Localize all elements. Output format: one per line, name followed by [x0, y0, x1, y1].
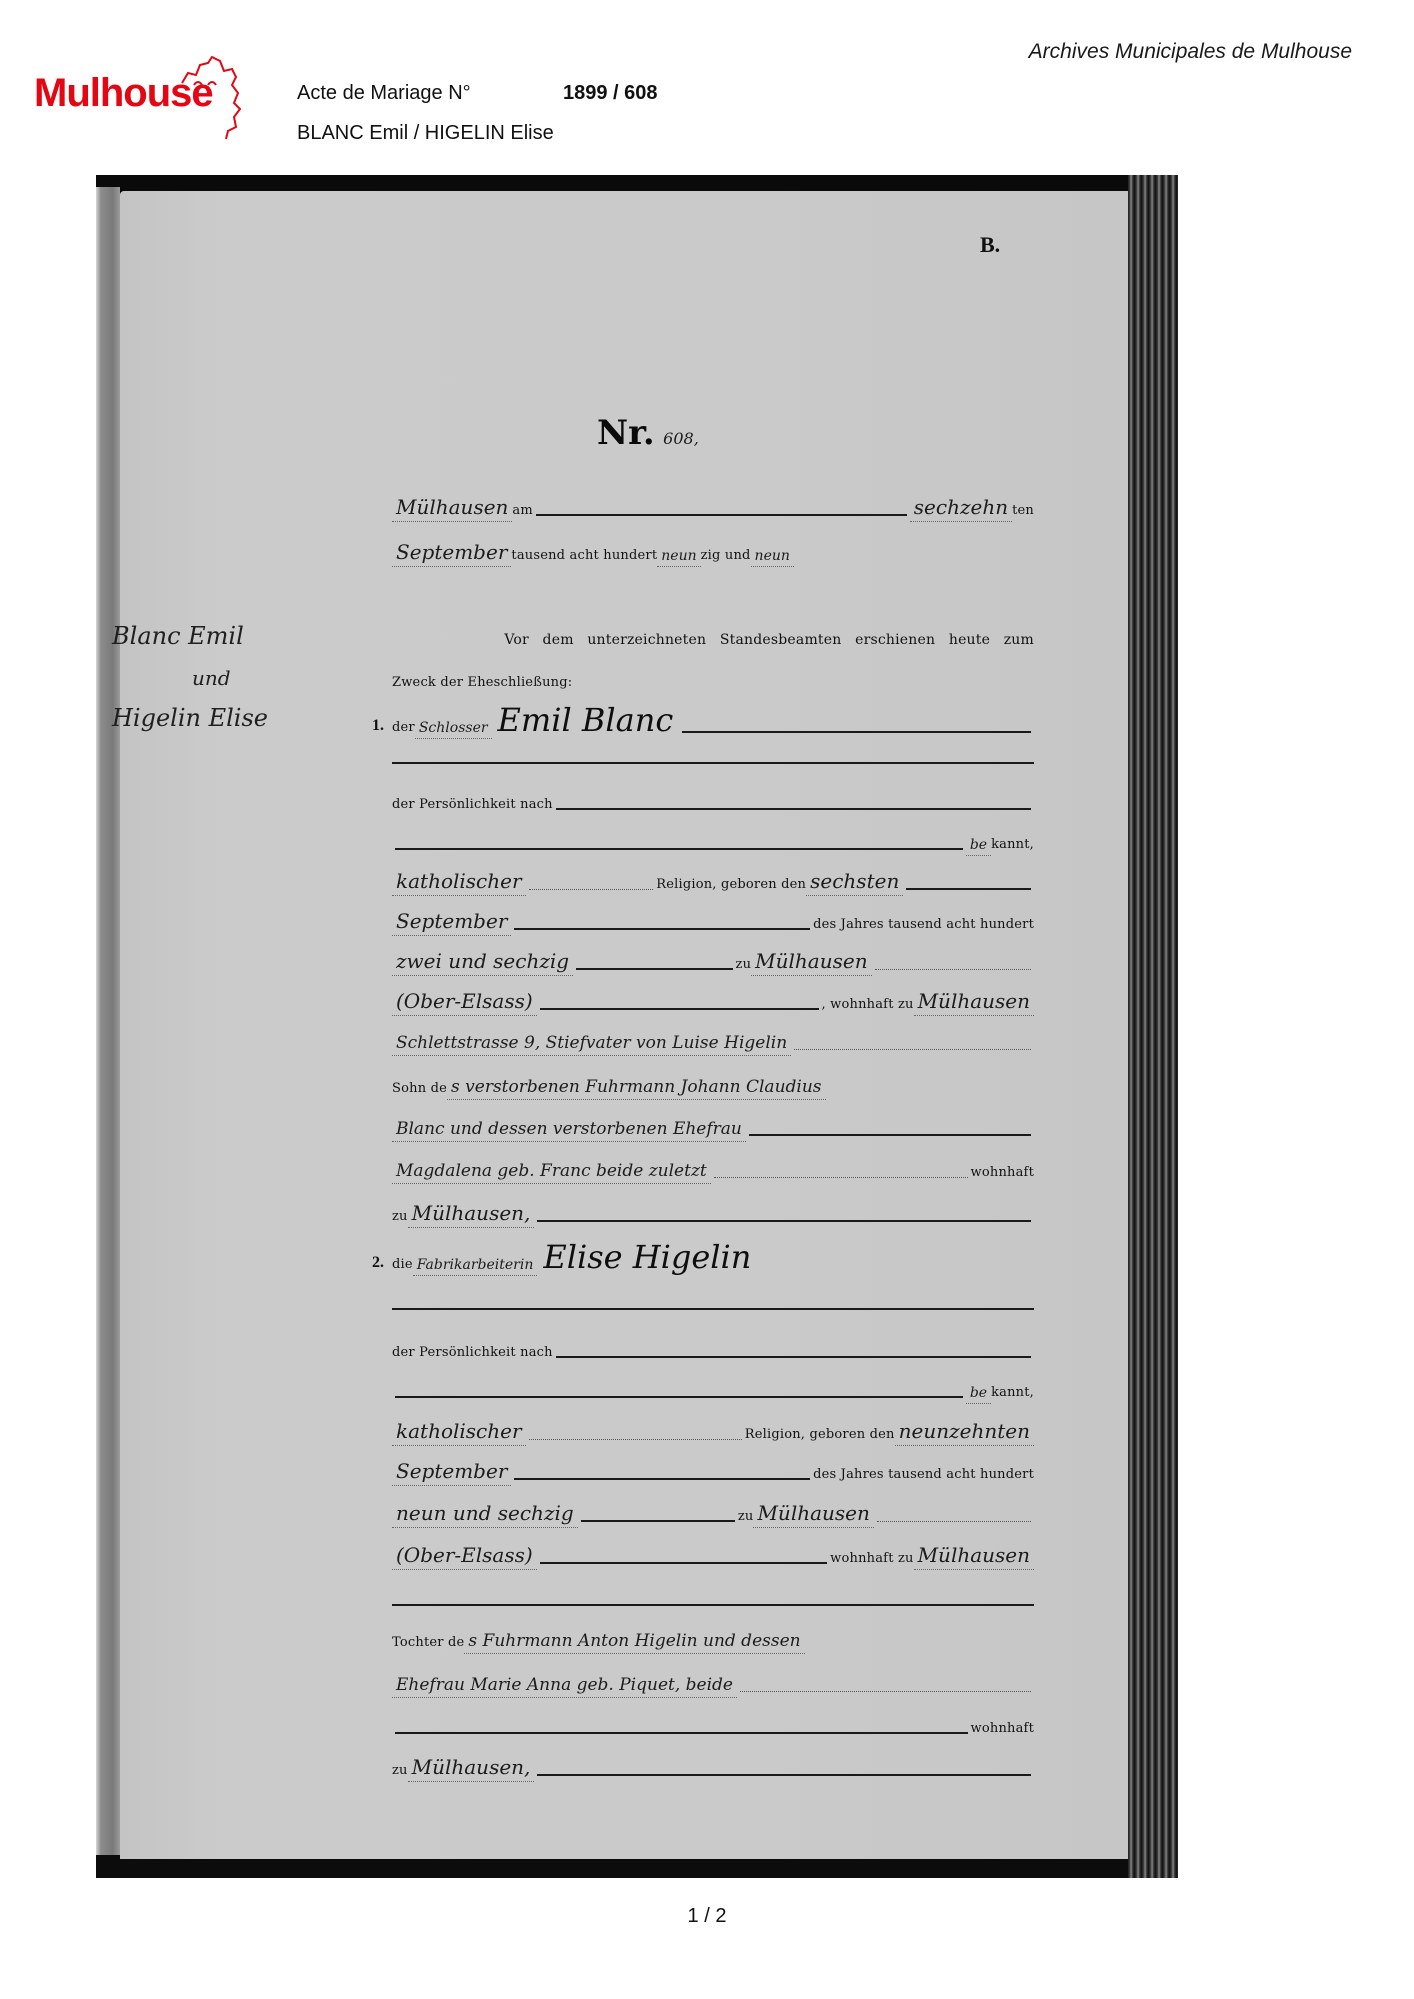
- rule: [537, 1220, 1031, 1222]
- groom-religion: katholischer: [392, 869, 526, 896]
- line-father-bride: Tochter de s Fuhrmann Anton Higelin und …: [392, 1620, 1034, 1654]
- der-label: der: [392, 720, 415, 739]
- bride-parents-residence: Mülhausen,: [408, 1755, 535, 1782]
- line-birth-month-bride: September des Jahres tausend acht hunder…: [392, 1452, 1034, 1486]
- bekannt-prefix: be: [966, 1385, 991, 1404]
- rule: [514, 928, 810, 930]
- groom-parents-residence: Mülhausen,: [408, 1201, 535, 1228]
- rule: [395, 1732, 968, 1734]
- groom-birth-day: sechsten: [806, 869, 903, 896]
- margin-bride: Higelin Elise: [112, 704, 372, 748]
- kannt-label: kannt,: [991, 1385, 1034, 1404]
- line-wohnhaft-bride: wohnhaft: [392, 1706, 1034, 1740]
- zu-label: zu: [736, 957, 752, 976]
- bride-occupation: Fabrikarbeiterin: [413, 1257, 538, 1276]
- kannt-label: kannt,: [991, 837, 1034, 856]
- margin-groom: Blanc Emil: [112, 622, 372, 666]
- wohnhaft-label: wohnhaft: [971, 1721, 1034, 1740]
- wohnhaft-zu-label: wohnhaft zu: [830, 1551, 913, 1570]
- line-persoenlichkeit-groom: der Persönlichkeit nach: [392, 782, 1034, 816]
- groom-birth-year: zwei und sechzig: [392, 949, 573, 976]
- rule: [540, 1008, 819, 1010]
- rule: [682, 731, 1031, 733]
- act-number: 1899 / 608: [563, 82, 658, 105]
- rule: [581, 1520, 735, 1522]
- rule: [395, 848, 963, 850]
- line-mother-groom: Magdalena geb. Franc beide zuletzt wohnh…: [392, 1150, 1034, 1184]
- place-value: Mülhausen: [392, 495, 512, 522]
- rule: [556, 1356, 1031, 1358]
- decade-value: neun: [657, 548, 700, 567]
- groom-address: Schlettstrasse 9, Stiefvater von Luise H…: [392, 1033, 791, 1056]
- line-parents-residence-bride: zu Mülhausen,: [392, 1748, 1034, 1782]
- dotted-fill: [875, 969, 1031, 970]
- bride-birth-place: Mülhausen: [753, 1501, 873, 1528]
- tausend-label: tausend acht hundert: [511, 548, 657, 567]
- persoenlichkeit-label: der Persönlichkeit nach: [392, 797, 553, 816]
- groom-residence: Mülhausen: [914, 989, 1034, 1016]
- dotted-fill: [714, 1177, 968, 1178]
- groom-region: (Ober-Elsass): [392, 989, 537, 1016]
- bride-birth-year: neun und sechzig: [392, 1501, 578, 1528]
- rule: [395, 1396, 963, 1398]
- des-jahres-label: des Jahres tausend acht hundert: [813, 1467, 1034, 1486]
- margin-und: und: [112, 666, 372, 704]
- mulhouse-logo: Mulhouse: [34, 55, 244, 140]
- line-parents-groom: Blanc und dessen verstorbenen Ehefrau: [392, 1108, 1034, 1142]
- line-residence-groom: (Ober-Elsass) , wohnhaft zu Mülhausen: [392, 982, 1034, 1016]
- religion-label: Religion, geboren den: [745, 1427, 895, 1446]
- intro-text-1: Vor dem unterzeichneten Standesbeamten e…: [504, 632, 1034, 652]
- page-stack-edge: [1128, 175, 1178, 1878]
- die-label: die: [392, 1257, 413, 1276]
- dotted-fill: [794, 1049, 1031, 1050]
- zu-label: zu: [392, 1209, 408, 1228]
- line-month-year: September tausend acht hundert neun zig …: [392, 533, 1034, 567]
- rule: [514, 1478, 810, 1480]
- rule: [540, 1562, 827, 1564]
- bride-father: s Fuhrmann Anton Higelin und dessen: [464, 1631, 804, 1654]
- margin-note: Blanc Emil und Higelin Elise: [112, 622, 372, 748]
- zu-label: zu: [738, 1509, 754, 1528]
- city-outline-icon: [174, 55, 246, 140]
- line-place-date: Mülhausen am sechzehn ten: [392, 488, 1034, 522]
- rule: [906, 888, 1031, 890]
- sohn-der-label: Sohn de: [392, 1081, 447, 1100]
- line-persoenlichkeit-bride: der Persönlichkeit nach: [392, 1330, 1034, 1364]
- page-indicator: 1 / 2: [0, 1905, 1414, 1928]
- rule: [556, 808, 1031, 810]
- rule: [392, 1308, 1034, 1310]
- dotted-fill: [529, 1439, 742, 1440]
- groom-name: Emil Blanc: [492, 701, 680, 739]
- line-mother-bride: Ehefrau Marie Anna geb. Piquet, beide: [392, 1664, 1034, 1698]
- line-intro-1: Vor dem unterzeichneten Standesbeamten e…: [392, 618, 1034, 652]
- persoenlichkeit-label: der Persönlichkeit nach: [392, 1345, 553, 1364]
- bride-religion: katholischer: [392, 1419, 526, 1446]
- line-groom: 1. der Schlosser Emil Blanc: [392, 695, 1034, 739]
- line-religion-groom: katholischer Religion, geboren den sechs…: [392, 862, 1034, 896]
- rule: [576, 968, 732, 970]
- rule: [536, 514, 907, 516]
- line-intro-2: Zweck der Eheschließung:: [392, 660, 1034, 694]
- tochter-der-label: Tochter de: [392, 1635, 464, 1654]
- rule: [392, 1604, 1034, 1606]
- month-value: September: [392, 540, 511, 567]
- dotted-fill: [877, 1521, 1031, 1522]
- groom-birth-place: Mülhausen: [751, 949, 871, 976]
- day-value: sechzehn: [910, 495, 1012, 522]
- dotted-fill: [529, 889, 654, 890]
- line-birth-year-bride: neun und sechzig zu Mülhausen: [392, 1494, 1034, 1528]
- dotted-fill: [740, 1691, 1031, 1692]
- line-birth-month-groom: September des Jahres tausend acht hunder…: [392, 902, 1034, 936]
- rule: [537, 1774, 1031, 1776]
- line-bekannt-bride: be kannt,: [392, 1370, 1034, 1404]
- bride-residence: Mülhausen: [914, 1543, 1034, 1570]
- groom-parents: Blanc und dessen verstorbenen Ehefrau: [392, 1119, 746, 1142]
- line-father-groom: Sohn de s verstorbenen Fuhrmann Johann C…: [392, 1066, 1034, 1100]
- wohnhaft-zu-label: , wohnhaft zu: [822, 997, 914, 1016]
- des-jahres-label: des Jahres tausend acht hundert: [813, 917, 1034, 936]
- bride-number: 2.: [372, 1254, 392, 1276]
- bekannt-prefix: be: [966, 837, 991, 856]
- zig-und-label: zig und: [701, 548, 751, 567]
- line-bekannt-groom: be kannt,: [392, 822, 1034, 856]
- line-birth-year-groom: zwei und sechzig zu Mülhausen: [392, 942, 1034, 976]
- intro-text-2: Zweck der Eheschließung:: [392, 675, 572, 694]
- zu-label: zu: [392, 1763, 408, 1782]
- archive-title: Archives Municipales de Mulhouse: [1029, 40, 1352, 64]
- groom-number: 1.: [372, 717, 392, 739]
- bride-birth-month: September: [392, 1459, 511, 1486]
- line-bride: 2. die Fabrikarbeiterin Elise Higelin: [392, 1232, 1034, 1276]
- binding-gutter: [96, 187, 120, 1855]
- am-label: am: [512, 503, 532, 522]
- line-residence-bride: (Ober-Elsass) wohnhaft zu Mülhausen: [392, 1536, 1034, 1570]
- wohnhaft-label: wohnhaft: [971, 1165, 1034, 1184]
- ten-label: ten: [1012, 503, 1034, 522]
- nr-value: 608,: [663, 429, 699, 448]
- groom-mother: Magdalena geb. Franc beide zuletzt: [392, 1161, 711, 1184]
- line-religion-bride: katholischer Religion, geboren den neunz…: [392, 1412, 1034, 1446]
- year-unit-value: neun: [751, 548, 794, 567]
- act-names: BLANC Emil / HIGELIN Elise: [297, 122, 554, 145]
- groom-occupation: Schlosser: [415, 720, 492, 739]
- act-label: Acte de Mariage N°: [297, 82, 471, 105]
- rule: [749, 1134, 1031, 1136]
- religion-label: Religion, geboren den: [656, 877, 806, 896]
- line-parents-residence-groom: zu Mülhausen,: [392, 1194, 1034, 1228]
- record-number: Nr. 608,: [597, 413, 699, 453]
- form-letter: B.: [980, 232, 1000, 258]
- nr-label: Nr.: [597, 413, 655, 453]
- groom-birth-month: September: [392, 909, 511, 936]
- bride-birth-day: neunzehnten: [895, 1419, 1034, 1446]
- line-address-groom: Schlettstrasse 9, Stiefvater von Luise H…: [392, 1022, 1034, 1056]
- bride-region: (Ober-Elsass): [392, 1543, 537, 1570]
- rule: [392, 762, 1034, 764]
- groom-father: s verstorbenen Fuhrmann Johann Claudius: [447, 1077, 825, 1100]
- bride-name: Elise Higelin: [537, 1238, 757, 1276]
- bride-mother: Ehefrau Marie Anna geb. Piquet, beide: [392, 1675, 737, 1698]
